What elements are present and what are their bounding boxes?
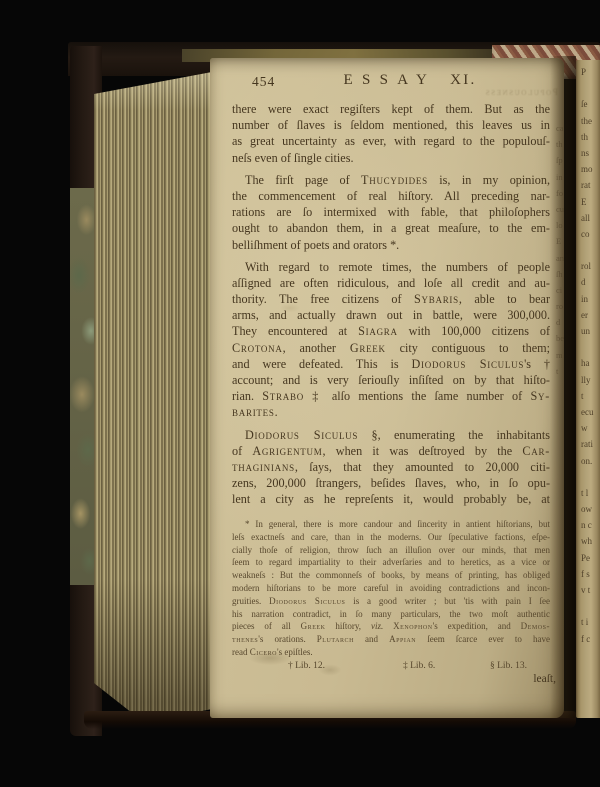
text-fragment: er [581,307,600,323]
text-fragment: th [581,129,600,145]
text-fragment: ecu [581,404,600,420]
text-line: thority. The free citizens of Sybaris, a… [232,291,550,307]
paragraph: * In general, there is more candour and … [232,518,550,659]
text-fragment: m [556,347,574,363]
text-fragment: rati [581,436,600,452]
text-line: there were exact regiſters kept of them.… [232,101,550,117]
text-fragment: in [556,169,574,185]
text-fragment: ſh [556,266,574,282]
running-title-word: ESSAY [344,72,437,88]
text-line: as great uncertainty as ever, with regar… [232,133,550,149]
text-line: The firſt page of Thucydides is, in my o… [232,172,550,188]
text-line: modern hiſtorians to be more careful in … [232,582,550,595]
text-fragment: co [581,226,600,242]
text-fragment: t l [581,485,600,501]
text-fragment: ſp [556,152,574,168]
text-fragment: E [556,233,574,249]
paragraph: there were exact regiſters kept of them.… [232,101,550,166]
footnote: * In general, there is more candour and … [232,518,550,665]
text-line: read Cicero's epiſtles. [232,646,550,659]
text-line: and were defeated. This is Diodorus Sicu… [232,356,550,372]
footnote-ref-section: § Lib. 13. [490,661,527,671]
running-title: ESSAYXI. [302,72,518,89]
text-fragment: on. [581,453,600,469]
text-line: the commencement of real hiſtory. All pr… [232,188,550,204]
running-title-numeral: XI. [450,72,476,88]
text-fragment: rat [581,177,600,193]
text-fragment: v t [581,582,600,598]
text-fragment: f c [581,631,600,647]
text-fragment: un [581,323,600,339]
text-fragment: d [581,274,600,290]
footnote-references: † Lib. 12. ‡ Lib. 6. § Lib. 13. [232,661,550,675]
paragraph: With regard to remote times, the numbers… [232,259,550,421]
text-fragment: t [556,363,574,379]
text-fragment [581,469,600,485]
book-photo: 454 ESSAYXI. Populousness there were exa… [0,0,600,787]
text-fragment [581,679,600,695]
text-line: aſſigned are often ridiculous, and loſe … [232,275,550,291]
text-line: They encountered at Siagra with 100,000 … [232,323,550,339]
text-line: lent a city as he repreſents it, would p… [232,491,550,507]
text-fragment: lo [556,217,574,233]
text-fragment [581,242,600,258]
page-gutter: cathſpinfoculoEanſhcirodbemt [550,56,576,718]
text-fragment: E [581,194,600,210]
text-fragment: ca [556,120,574,136]
text-line: weakneſs : But the commonneſs of books, … [232,569,550,582]
book-page: 454 ESSAYXI. Populousness there were exa… [210,58,564,718]
text-fragment: ſe [581,96,600,112]
text-line: barites. [232,404,550,420]
text-line: gruities. Diodorus Siculus is a good wri… [232,595,550,608]
text-fragment [581,647,600,663]
text-line: * In general, there is more candour and … [232,518,550,531]
text-fragment: ro [556,298,574,314]
text-line: Diodorus Siculus §, enumerating the inha… [232,427,550,443]
page-fore-edge-stack [94,72,212,722]
paragraph: Diodorus Siculus §, enumerating the inha… [232,427,550,508]
text-line: With regard to remote times, the numbers… [232,259,550,275]
text-fragment: Pe [581,550,600,566]
text-line: his narration contradict, in ſo many par… [232,608,550,621]
text-fragment: be [556,330,574,346]
text-fragment: ow [581,501,600,517]
page-number: 454 [252,74,275,90]
text-line: thenes's orations. Plutarch and Appian ſ… [232,633,550,646]
footnote-ref-ddagger: ‡ Lib. 6. [403,661,435,671]
text-line: zens, 200,000 ſtrangers, beſides ſlaves,… [232,475,550,491]
text-line: leſs exactneſs and care, than in the mod… [232,531,550,544]
text-line: rian. Strabo ‡ alſo mentions the ſame nu… [232,388,550,404]
text-line: cially thoſe of religion, throw ſuch an … [232,544,550,557]
text-fragment: d [556,314,574,330]
text-line: ought to abandon them, in a great meaſur… [232,220,550,236]
text-fragment: fo [556,185,574,201]
text-fragment: th [556,136,574,152]
text-line: account; and is very ſeriouſly inſiſted … [232,372,550,388]
text-fragment: an [556,250,574,266]
paragraph: The firſt page of Thucydides is, in my o… [232,172,550,253]
text-line: pieces of all Greek hiſtory, viz. Xenoph… [232,620,550,633]
text-line: ſeem to regard impartiality to their adv… [232,556,550,569]
gutter-text: cathſpinfoculoEanſhcirodbemt [556,120,574,700]
facing-page-sliver: PſethethnsmoratEallcoroldinerunhallytecu… [576,60,600,718]
text-fragment: P [581,64,600,80]
next-page-sliver-text: PſethethnsmoratEallcoroldinerunhallytecu… [581,64,600,712]
text-fragment: lly [581,372,600,388]
text-fragment: mo [581,161,600,177]
text-line: number of ſlaves is ſeldom mentioned, th… [232,117,550,133]
text-fragment [581,339,600,355]
text-fragment: ha [581,355,600,371]
footnote-ref-dagger: † Lib. 12. [288,661,325,671]
text-fragment: n c [581,517,600,533]
text-line: arms, and actually drawn out in battle, … [232,307,550,323]
text-fragment: all [581,210,600,226]
text-fragment: ci [556,282,574,298]
text-fragment: t i [581,614,600,630]
text-line: neſs even of ſingle cities. [232,150,550,166]
text-line: belliſhment of poets and orators *. [232,237,550,253]
text-fragment: ns [581,145,600,161]
text-fragment [581,598,600,614]
show-through-text: Populousness [474,88,558,98]
text-fragment: the [581,113,600,129]
text-line: Crotona, another Greek city contiguous t… [232,340,550,356]
text-fragment: f s [581,566,600,582]
text-fragment: cu [556,201,574,217]
text-fragment [581,80,600,96]
text-fragment: w [581,420,600,436]
text-fragment: rol [581,258,600,274]
text-line: rations are ſo intermixed with fable, th… [232,204,550,220]
text-fragment [581,663,600,679]
text-fragment: in [581,291,600,307]
text-line: of Agrigentum, when it was deſtroyed by … [232,443,550,459]
body-text: there were exact regiſters kept of them.… [232,101,550,514]
text-line: thaginians, ſays, that they amounted to … [232,459,550,475]
text-fragment: t [581,388,600,404]
text-fragment: wh [581,533,600,549]
